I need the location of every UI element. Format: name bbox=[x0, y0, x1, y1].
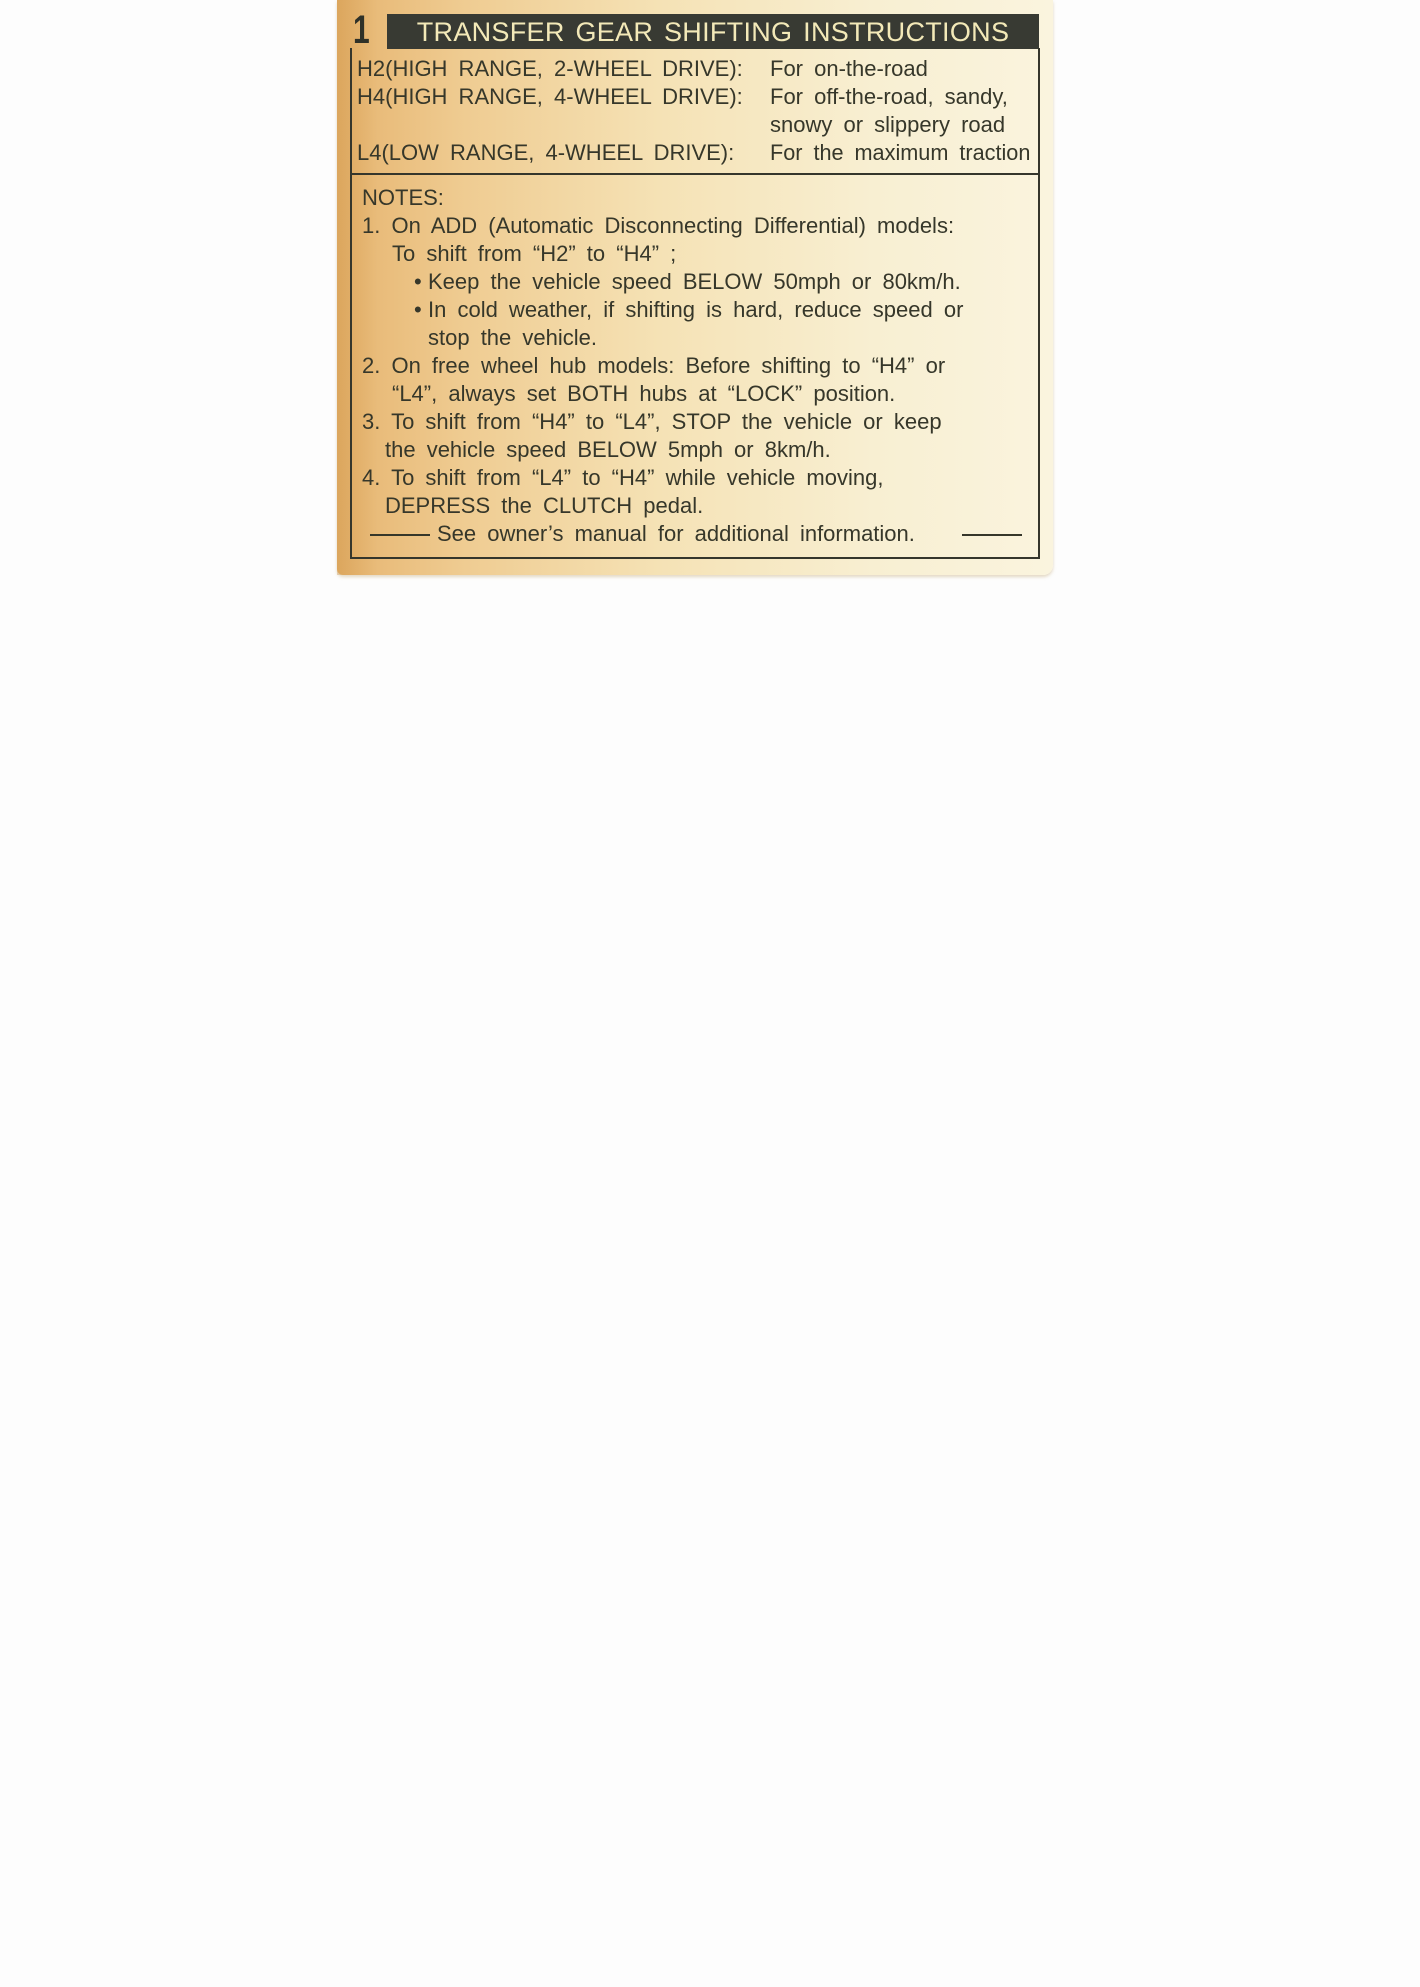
note-1-bullet-1: Keep the vehicle speed BELOW 50mph or 80… bbox=[428, 268, 961, 296]
mode-l4-desc: For the maximum traction bbox=[770, 139, 1030, 167]
note-4-cont: DEPRESS the CLUTCH pedal. bbox=[385, 492, 703, 520]
note-4: 4. To shift from “L4” to “H4” while vehi… bbox=[362, 464, 883, 492]
note-1: 1. On ADD (Automatic Disconnecting Diffe… bbox=[362, 212, 954, 240]
notes-heading: NOTES: bbox=[362, 184, 444, 212]
note-2: 2. On free wheel hub models: Before shif… bbox=[362, 352, 945, 380]
mode-h4-desc-cont: snowy or slippery road bbox=[770, 111, 1005, 139]
note-3-cont: the vehicle speed BELOW 5mph or 8km/h. bbox=[385, 436, 831, 464]
note-1-sub: To shift from “H2” to “H4” ; bbox=[392, 240, 676, 268]
mode-h2-desc: For on-the-road bbox=[770, 55, 928, 83]
note-2-cont: “L4”, always set BOTH hubs at “LOCK” pos… bbox=[392, 380, 895, 408]
mode-h4-code: H4(HIGH RANGE, 4-WHEEL DRIVE): bbox=[357, 83, 743, 111]
footer-rule-left bbox=[370, 534, 430, 536]
transfer-gear-label: 1 TRANSFER GEAR SHIFTING INSTRUCTIONS H2… bbox=[337, 0, 1053, 575]
footer-note: See owner’s manual for additional inform… bbox=[437, 520, 915, 548]
label-title: TRANSFER GEAR SHIFTING INSTRUCTIONS bbox=[387, 14, 1039, 49]
mode-l4-code: L4(LOW RANGE, 4-WHEEL DRIVE): bbox=[357, 139, 734, 167]
note-1-bullet-2: In cold weather, if shifting is hard, re… bbox=[428, 296, 963, 324]
footer-rule-right bbox=[962, 534, 1022, 536]
section-divider bbox=[352, 173, 1038, 175]
instructions-box: H2(HIGH RANGE, 2-WHEEL DRIVE): For on-th… bbox=[350, 48, 1040, 559]
mode-h2-code: H2(HIGH RANGE, 2-WHEEL DRIVE): bbox=[357, 55, 743, 83]
mode-h4-desc: For off-the-road, sandy, bbox=[770, 83, 1008, 111]
bullet-icon: • bbox=[414, 268, 422, 296]
note-3: 3. To shift from “H4” to “L4”, STOP the … bbox=[362, 408, 942, 436]
note-1-bullet-2-cont: stop the vehicle. bbox=[428, 324, 597, 352]
label-number: 1 bbox=[353, 10, 370, 50]
bullet-icon: • bbox=[414, 296, 422, 324]
